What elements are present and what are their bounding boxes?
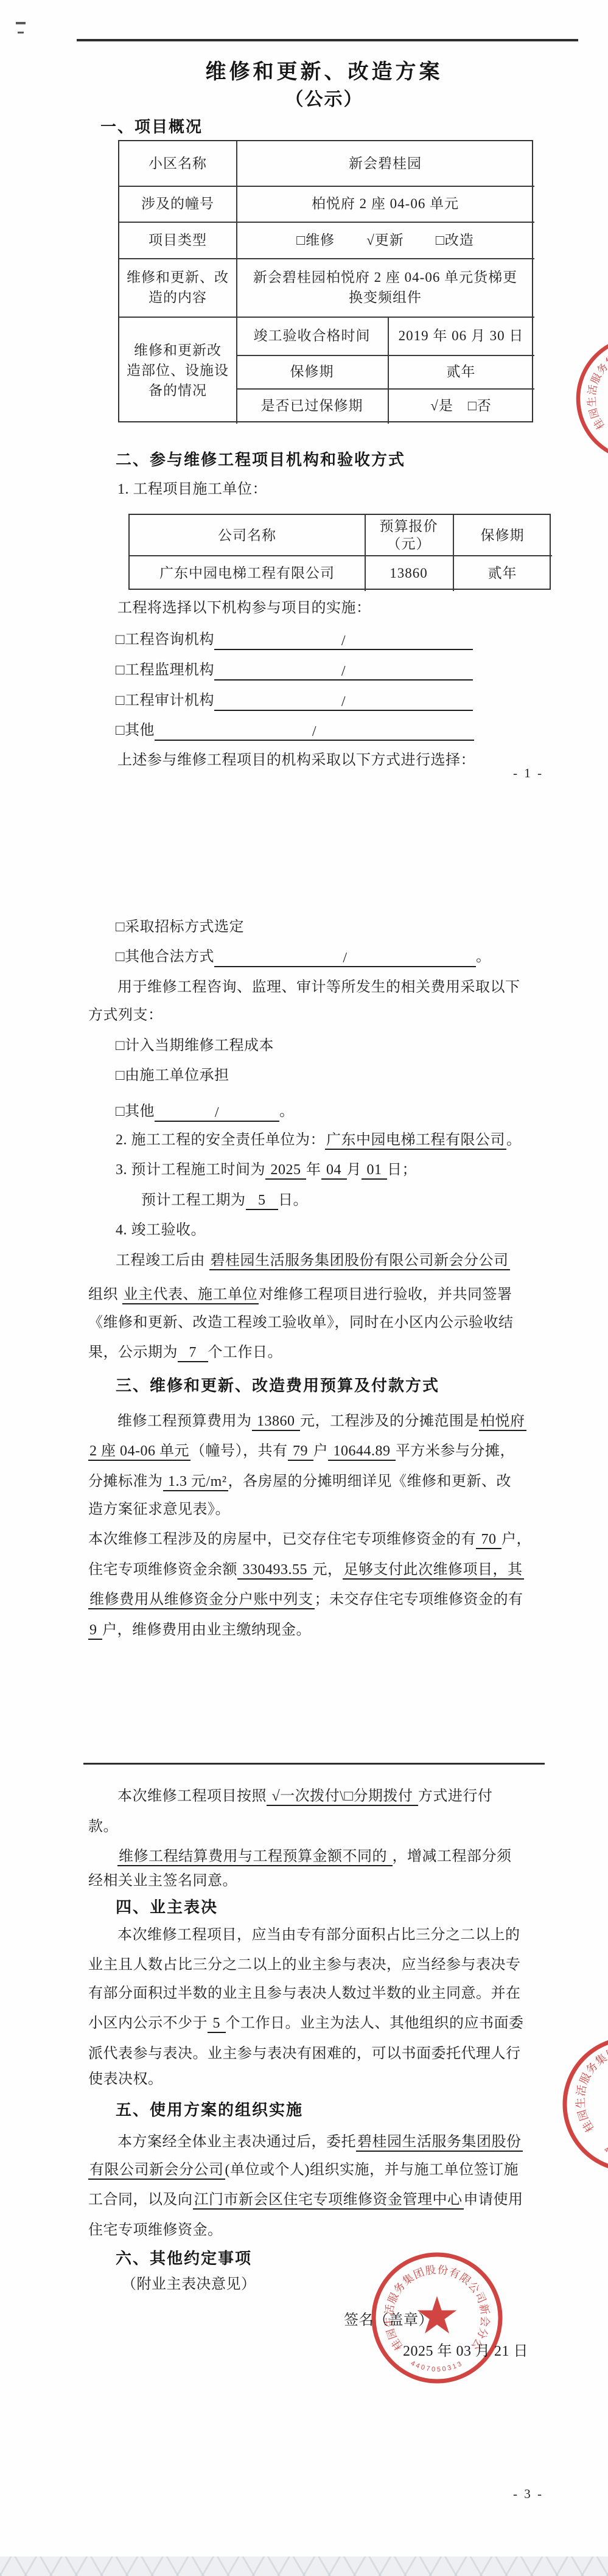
checkbox-option-checked: √更新: [366, 230, 404, 250]
row-label: 维修和更新改 造部位、设施设 备的情况: [119, 317, 236, 424]
section-4-heading: 四、业主表决: [116, 1897, 218, 1917]
paragraph: 住宅专项维修资金。: [88, 2220, 223, 2241]
checkbox-line-audit: □工程审计机构/: [116, 690, 473, 711]
svg-text:碧桂园生活服务集团股份有限公司新会分公司: 碧桂园生活服务集团股份有限公司新会分公司: [566, 326, 608, 432]
checkbox-line: □计入当期维修工程成本: [116, 1035, 274, 1056]
paragraph: 款。: [88, 1816, 118, 1837]
paragraph: 派代表参与表决。业主参与表决有困难的，可以书面委托代理人行: [88, 2043, 521, 2064]
svg-text:4407050313: 4407050313: [410, 2359, 464, 2373]
seal-code-text: 4407050313: [603, 2146, 608, 2159]
paragraph: 组织 业主代表、施工单位对维修工程项目进行验收，并共同签署: [88, 1284, 512, 1305]
paragraph: 造方案征求意见表》。: [88, 1499, 230, 1520]
scan-speck: [16, 22, 26, 24]
checkbox-line: □采取招标方式选定: [116, 917, 244, 937]
table-cell: 13860: [365, 555, 453, 591]
paragraph: 本次维修工程涉及的房屋中，已交存住宅专项维修资金的有 70 户，: [88, 1529, 531, 1550]
page-number-1: - 1 -: [513, 766, 543, 781]
section-2-heading: 二、参与维修工程项目机构和验收方式: [116, 449, 405, 470]
paragraph: 工程将选择以下机构参与项目的实施：: [117, 598, 371, 618]
section-5-heading: 五、使用方案的组织实施: [116, 2099, 303, 2120]
row-label: 项目类型: [119, 222, 236, 258]
paragraph: 维修工程预算费用为 13860 元，工程涉及的分摊范围是柏悦府: [117, 1411, 526, 1432]
paragraph: 有部分面积过半数的业主且参与表决人数过半数的业主同意。并在: [88, 1983, 521, 2004]
scan-speck: [18, 32, 24, 33]
page-number-3: - 3 -: [513, 2487, 543, 2502]
contractor-table: 公司名称 预算报价 （元） 保修期 广东中园电梯工程有限公司 13860 贰年: [128, 514, 551, 590]
col-header: 预算报价 （元）: [365, 515, 453, 555]
sub-row-value: 2019 年 06 月 30 日: [388, 317, 534, 355]
table-cell: 广东中园电梯工程有限公司: [130, 555, 365, 591]
seal-star-icon: [418, 2296, 457, 2334]
col-header: 公司名称: [130, 515, 365, 555]
sub-row-value: 贰年: [388, 355, 534, 388]
row-value: 新会碧桂园柏悦府 2 座 04-06 单元货梯更 换变频组件: [236, 258, 534, 317]
paragraph: 2 座 04-06 单元（幢号），共有 79 户 10644.89 平方米参与分…: [88, 1441, 515, 1461]
fill-in-blank: /: [155, 721, 474, 741]
fill-in-blank: /: [214, 661, 473, 681]
checkbox-line-other: □其他/: [116, 720, 474, 741]
sub-row-value: √是 □否: [388, 388, 534, 422]
section-6-heading: 六、其他约定事项: [116, 2248, 252, 2269]
paragraph: 2. 施工工程的安全责任单位为：广东中园电梯工程有限公司。: [116, 1130, 522, 1150]
paragraph: 维修工程结算费用与工程预算金额不同的 ，增减工程部分须: [117, 1846, 512, 1867]
paragraph: 9 户，维修费用由业主缴纳现金。: [88, 1620, 311, 1640]
fill-in-blank: /: [214, 691, 473, 711]
paragraph: 本次维修工程项目按照 √一次拨付\□分期拨付 方式进行付: [117, 1786, 492, 1807]
paragraph: 住宅专项维修资金余额 330493.55 元，足够支付此次维修项目，其: [88, 1559, 524, 1580]
fill-in-blank: /: [214, 948, 476, 967]
paragraph: 4. 竣工验收。: [116, 1220, 206, 1241]
project-type-options: □维修 √更新 □改造: [236, 222, 534, 258]
checkbox-line: □其他合法方式/。: [116, 947, 491, 967]
sub-row-label: 是否已过保修期: [236, 388, 388, 422]
paragraph: 工合同，以及向江门市新会区住宅专项维修资金管理中心申请使用: [88, 2189, 523, 2210]
row-label: 维修和更新、改 造的内容: [119, 258, 236, 317]
paragraph: 经相关业主签名同意。: [88, 1871, 237, 1891]
checkbox-line-consult: □工程咨询机构/: [116, 629, 473, 650]
paragraph: 3. 预计工程施工时间为 2025 年 04 月 01 日；: [116, 1160, 417, 1180]
checkbox-line-supervision: □工程监理机构/: [116, 660, 473, 681]
paragraph: 业主且人数占比三分之二以上的业主参与表决，应当经参与表决专: [88, 1955, 521, 1975]
checkbox-line: □由施工单位承担: [116, 1065, 229, 1086]
svg-text:4407050313: 4407050313: [603, 2146, 608, 2159]
company-seal: 碧桂园生活服务集团股份有限公司新会分公司 4407050313: [366, 2247, 508, 2389]
paragraph: 有限公司新会分公司(单位或个人)组织实施，并与施工单位签订施: [88, 2160, 519, 2180]
paragraph: 果，公示期为 7 个工作日。: [88, 1342, 282, 1363]
paragraph: 上述参与维修工程项目的机构采取以下方式进行选择：: [117, 750, 475, 771]
row-label: 小区名称: [119, 141, 236, 186]
paragraph: 维修费用从维修资金分户账中列支；未交存住宅专项维修资金的有: [88, 1589, 523, 1610]
paragraph: 本方案经全体业主表决通过后，委托碧桂园生活服务集团股份: [117, 2132, 523, 2152]
paragraph: （附业主表决意见）: [122, 2274, 256, 2295]
doc-title: 维修和更新、改造方案: [0, 55, 608, 85]
paragraph: 使表决权。: [88, 2069, 163, 2090]
section-3-heading: 三、维修和更新、改造费用预算及付款方式: [116, 1375, 439, 1396]
company-seal-partial-top: 碧桂园生活服务集团股份有限公司新会分公司: [566, 326, 608, 472]
fill-in-blank: /: [214, 631, 473, 650]
sub-row-label: 保修期: [236, 355, 388, 388]
row-value: 柏悦府 2 座 04-06 单元: [236, 186, 534, 222]
seal-company-text: 碧桂园生活服务集团股份有限公司新会分公司: [566, 326, 608, 432]
paragraph: 小区内公示不少于 5 个工作日。业主为法人、其他组织的应书面委: [88, 2013, 524, 2034]
page1-top-scan-edge: [77, 39, 578, 41]
table-cell: 贰年: [453, 555, 552, 591]
company-seal-partial-mid: 碧桂园生活服务集团股份有限公司新会分公司 4407050313: [557, 2031, 608, 2177]
row-value: 新会碧桂园: [236, 141, 534, 186]
doc-subtitle: （公示）: [0, 84, 608, 111]
paragraph: 分摊标准为 1.3 元/m²，各房屋的分摊明细详见《维修和更新、改: [88, 1471, 511, 1492]
paragraph: 方式列支：: [88, 1005, 163, 1026]
paragraph: 预计工程工期为 5 日。: [141, 1190, 308, 1211]
fill-in-blank: /: [155, 1102, 279, 1122]
subsection-1: 1. 工程项目施工单位：: [117, 479, 267, 500]
footer-watermark-band: [0, 2557, 608, 2576]
row-label: 涉及的幢号: [119, 186, 236, 222]
scanned-document: 维修和更新、改造方案 （公示） 一、项目概况 小区名称 新会碧桂园 涉及的幢号 …: [0, 0, 608, 2576]
page3-top-scan-edge: [83, 1763, 545, 1765]
section-1-heading: 一、项目概况: [100, 116, 203, 137]
paragraph: 用于维修工程咨询、监理、审计等所发生的相关费用采取以下: [117, 977, 520, 998]
checkbox-option: □改造: [436, 230, 474, 250]
checkbox-line: □其他/。: [116, 1101, 295, 1122]
col-header: 保修期: [453, 515, 552, 555]
checkbox-option: □维修: [296, 230, 335, 250]
project-overview-table: 小区名称 新会碧桂园 涉及的幢号 柏悦府 2 座 04-06 单元 项目类型 □…: [118, 140, 533, 422]
paragraph: 《维修和更新、改造工程竣工验收单》，同时在小区内公示验收结: [88, 1312, 514, 1333]
paragraph: 本次维修工程项目，应当由专有部分面积占比三分之二以上的: [117, 1925, 520, 1945]
paragraph: 工程竣工后由 碧桂园生活服务集团股份有限公司新会分公司: [116, 1250, 510, 1271]
seal-code-text: 4407050313: [410, 2359, 464, 2373]
sub-row-label: 竣工验收合格时间: [236, 317, 388, 355]
